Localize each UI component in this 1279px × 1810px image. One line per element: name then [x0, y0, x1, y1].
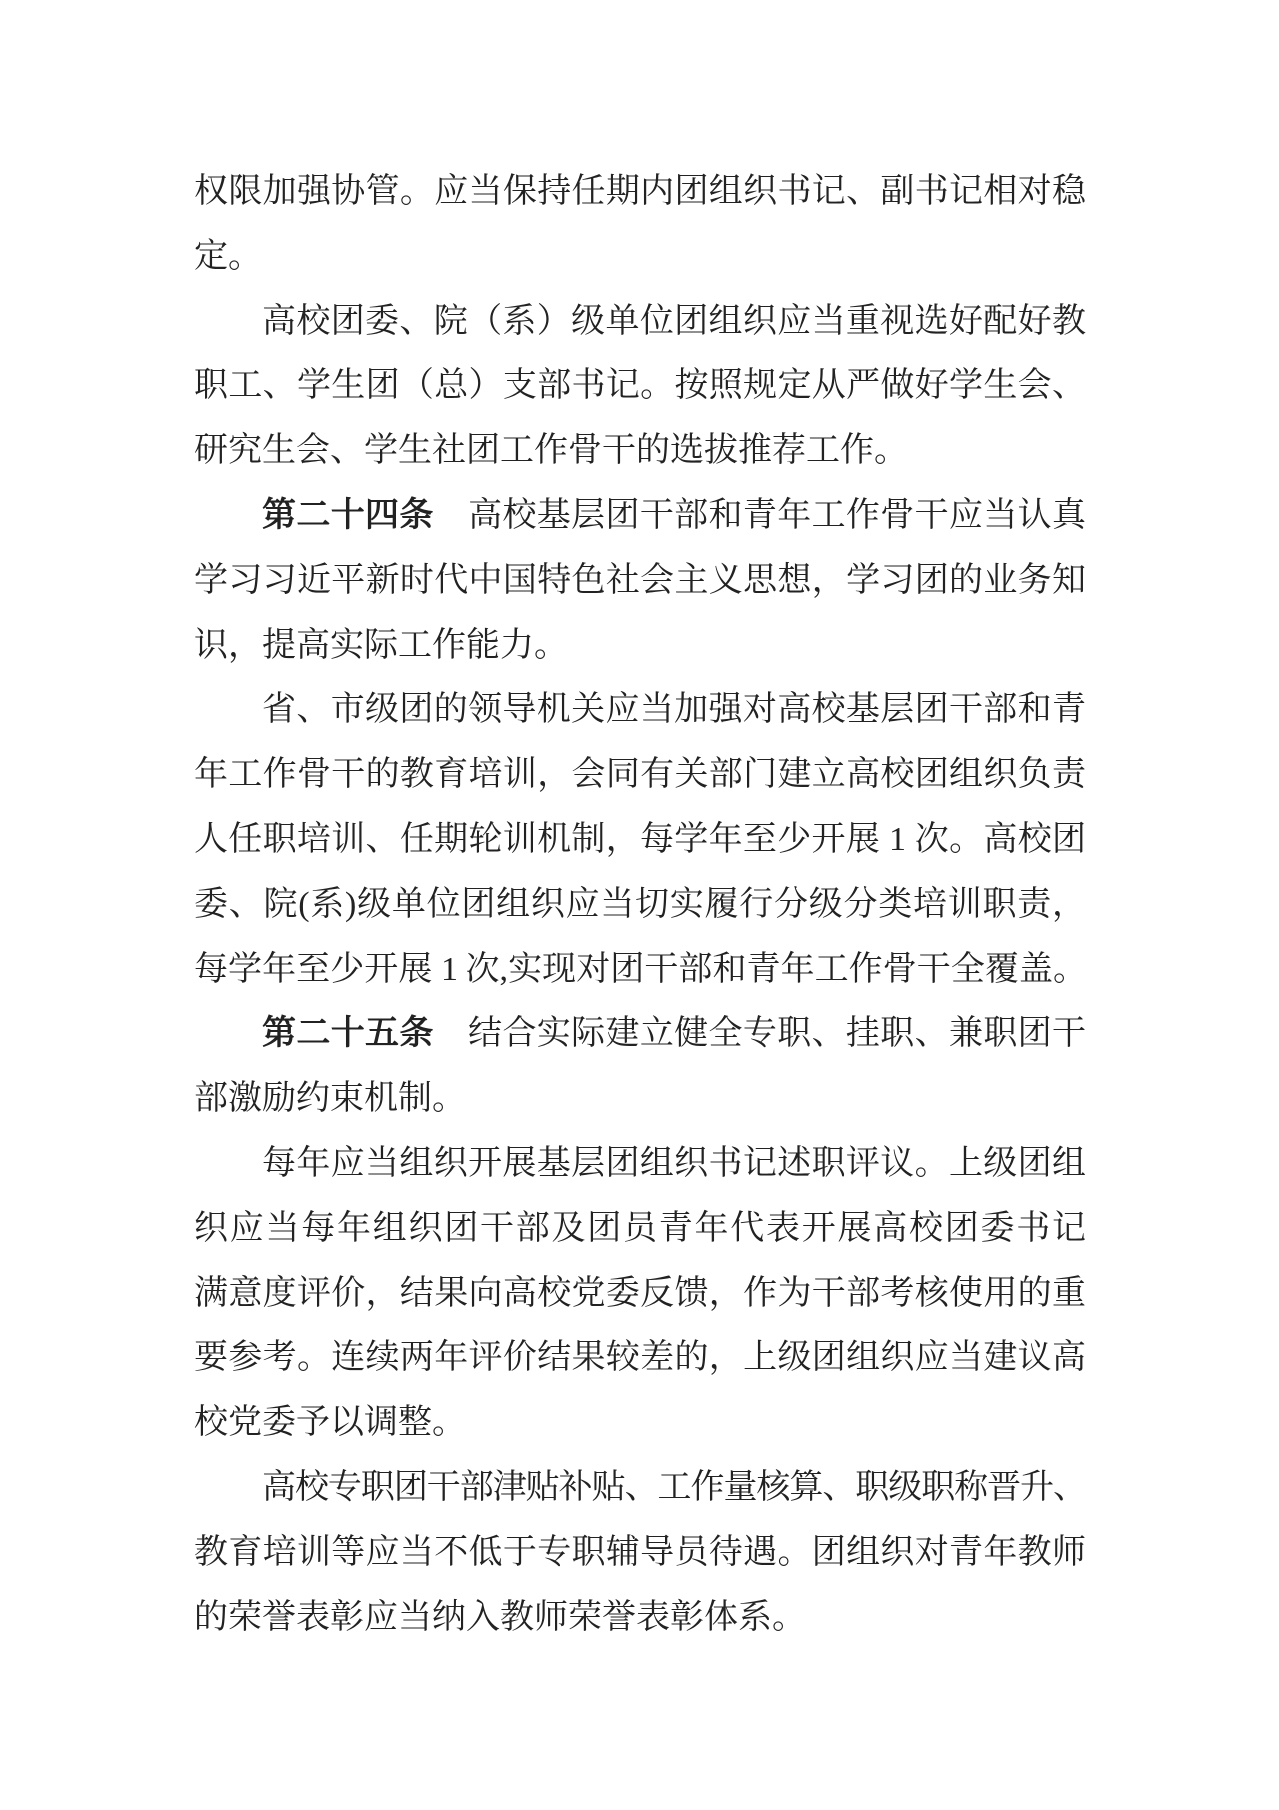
- text-segment: 高校团委、院（系）级单位团组织应当重视选好配好教: [262, 303, 1086, 340]
- text-line: 每学年至少开展 1 次,实现对团干部和青年工作骨干全覆盖。: [194, 938, 1086, 1003]
- text-line: 第二十四条 高校基层团干部和青年工作骨干应当认真: [194, 484, 1086, 549]
- text-line: 第二十五条 结合实际建立健全专职、挂职、兼职团干: [194, 1002, 1086, 1067]
- text-line: 定。: [194, 225, 1086, 290]
- text-line: 职工、学生团（总）支部书记。按照规定从严做好学生会、: [194, 354, 1086, 419]
- text-segment: 高校专职团干部津贴补贴、工作量核算、职级职称晋升、: [262, 1469, 1086, 1506]
- document-body: 权限加强协管。应当保持任期内团组织书记、副书记相对稳定。高校团委、院（系）级单位…: [194, 160, 1086, 1650]
- text-line: 的荣誉表彰应当纳入教师荣誉表彰体系。: [194, 1586, 1086, 1651]
- text-line: 识，提高实际工作能力。: [194, 614, 1086, 679]
- text-segment: 学习习近平新时代中国特色社会主义思想，学习团的业务知: [194, 562, 1086, 599]
- text-segment: 识，提高实际工作能力。: [194, 627, 568, 664]
- text-line: 研究生会、学生社团工作骨干的选拔推荐工作。: [194, 419, 1086, 484]
- text-segment: 省、市级团的领导机关应当加强对高校基层团干部和青: [262, 691, 1086, 728]
- text-line: 织应当每年组织团干部及团员青年代表开展高校团委书记: [194, 1197, 1086, 1262]
- article-number: 第二十四条: [262, 497, 434, 534]
- text-segment: 结合实际建立健全专职、挂职、兼职团干: [434, 1015, 1086, 1052]
- text-segment: 权限加强协管。应当保持任期内团组织书记、副书记相对稳: [194, 173, 1086, 210]
- text-line: 省、市级团的领导机关应当加强对高校基层团干部和青: [194, 678, 1086, 743]
- text-segment: 年工作骨干的教育培训，会同有关部门建立高校团组织负责: [194, 756, 1086, 793]
- text-line: 满意度评价，结果向高校党委反馈，作为干部考核使用的重: [194, 1262, 1086, 1327]
- text-line: 人任职培训、任期轮训机制，每学年至少开展 1 次。高校团: [194, 808, 1086, 873]
- text-segment: 织应当每年组织团干部及团员青年代表开展高校团委书记: [194, 1210, 1086, 1247]
- text-line: 每年应当组织开展基层团组织书记述职评议。上级团组: [194, 1132, 1086, 1197]
- text-segment: 职工、学生团（总）支部书记。按照规定从严做好学生会、: [194, 367, 1086, 404]
- text-line: 校党委予以调整。: [194, 1391, 1086, 1456]
- text-line: 高校专职团干部津贴补贴、工作量核算、职级职称晋升、: [194, 1456, 1086, 1521]
- text-segment: 的荣誉表彰应当纳入教师荣誉表彰体系。: [194, 1599, 806, 1636]
- text-segment: 教育培训等应当不低于专职辅导员待遇。团组织对青年教师: [194, 1534, 1086, 1571]
- text-segment: 定。: [194, 238, 262, 275]
- text-segment: 委、院(系)级单位团组织应当切实履行分级分类培训职责，: [194, 886, 1086, 923]
- text-line: 高校团委、院（系）级单位团组织应当重视选好配好教: [194, 290, 1086, 355]
- text-segment: 人任职培训、任期轮训机制，每学年至少开展 1 次。高校团: [194, 821, 1086, 858]
- text-segment: 每学年至少开展 1 次,实现对团干部和青年工作骨干全覆盖。: [194, 951, 1086, 988]
- text-line: 年工作骨干的教育培训，会同有关部门建立高校团组织负责: [194, 743, 1086, 808]
- document-page: 权限加强协管。应当保持任期内团组织书记、副书记相对稳定。高校团委、院（系）级单位…: [0, 0, 1279, 1810]
- article-number: 第二十五条: [262, 1015, 434, 1052]
- text-segment: 满意度评价，结果向高校党委反馈，作为干部考核使用的重: [194, 1275, 1086, 1312]
- text-line: 要参考。连续两年评价结果较差的，上级团组织应当建议高: [194, 1326, 1086, 1391]
- text-segment: 要参考。连续两年评价结果较差的，上级团组织应当建议高: [194, 1339, 1086, 1376]
- text-segment: 高校基层团干部和青年工作骨干应当认真: [434, 497, 1086, 534]
- text-segment: 校党委予以调整。: [194, 1404, 466, 1441]
- text-line: 教育培训等应当不低于专职辅导员待遇。团组织对青年教师: [194, 1521, 1086, 1586]
- text-segment: 部激励约束机制。: [194, 1080, 466, 1117]
- text-line: 委、院(系)级单位团组织应当切实履行分级分类培训职责，: [194, 873, 1086, 938]
- text-segment: 研究生会、学生社团工作骨干的选拔推荐工作。: [194, 432, 908, 469]
- text-line: 权限加强协管。应当保持任期内团组织书记、副书记相对稳: [194, 160, 1086, 225]
- text-segment: 每年应当组织开展基层团组织书记述职评议。上级团组: [262, 1145, 1086, 1182]
- text-line: 部激励约束机制。: [194, 1067, 1086, 1132]
- text-line: 学习习近平新时代中国特色社会主义思想，学习团的业务知: [194, 549, 1086, 614]
